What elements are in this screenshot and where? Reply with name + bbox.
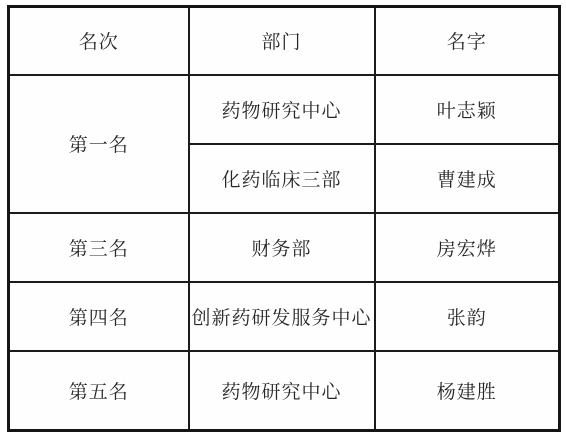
- page: 名次 部门 名字 第一名 药物研究中心 叶志颖 化药临床三部 曹建成 第三名 财…: [0, 0, 566, 438]
- rank-cell-third: 第三名: [9, 213, 189, 282]
- header-rank: 名次: [9, 7, 189, 75]
- department-cell: 化药临床三部: [189, 144, 375, 213]
- table-row: 第一名 药物研究中心 叶志颖: [9, 75, 560, 144]
- name-cell: 杨建胜: [375, 351, 560, 431]
- department-cell: 药物研究中心: [189, 75, 375, 144]
- table-row: 第五名 药物研究中心 杨建胜: [9, 351, 560, 431]
- name-cell: 张韵: [375, 282, 560, 351]
- name-cell: 曹建成: [375, 144, 560, 213]
- header-name: 名字: [375, 7, 560, 75]
- ranking-table: 名次 部门 名字 第一名 药物研究中心 叶志颖 化药临床三部 曹建成 第三名 财…: [7, 5, 561, 432]
- table-header-row: 名次 部门 名字: [9, 7, 560, 75]
- header-department: 部门: [189, 7, 375, 75]
- name-cell: 房宏烨: [375, 213, 560, 282]
- table-row: 第三名 财务部 房宏烨: [9, 213, 560, 282]
- rank-cell-fifth: 第五名: [9, 351, 189, 431]
- department-cell: 财务部: [189, 213, 375, 282]
- table-row: 第四名 创新药研发服务中心 张韵: [9, 282, 560, 351]
- rank-cell-fourth: 第四名: [9, 282, 189, 351]
- department-cell: 药物研究中心: [189, 351, 375, 431]
- department-cell: 创新药研发服务中心: [189, 282, 375, 351]
- rank-cell-first: 第一名: [9, 75, 189, 213]
- name-cell: 叶志颖: [375, 75, 560, 144]
